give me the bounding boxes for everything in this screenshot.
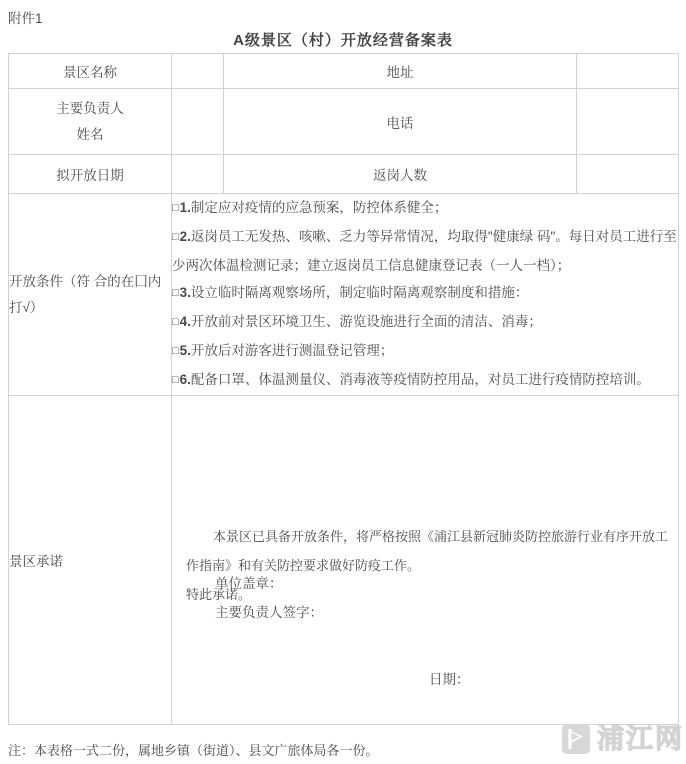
condition-text: 制定应对疫情的应急预案，防控体系健全； [191, 200, 448, 215]
table-row: 景区承诺 本景区已具备开放条件，将严格按照《浦江县新冠肺炎防控旅游行业有序开放工… [9, 396, 679, 725]
returning-staff-value-cell [577, 155, 679, 194]
condition-number: 4. [180, 314, 191, 329]
phone-value-cell [577, 89, 679, 155]
condition-number: 1. [180, 200, 191, 215]
condition-item-5: □5.开放后对游客进行测温登记管理； [172, 337, 678, 366]
condition-item-2: □2.返岗员工无发热、咳嗽、乏力等异常情况，均取得"健康绿 码"。每日对员工进行… [172, 223, 678, 279]
checkbox-icon: □ [172, 345, 179, 357]
page-title: A级景区（村）开放经营备案表 [0, 29, 686, 50]
manager-name-label: 主要负责人 姓名 [9, 89, 172, 155]
conditions-label: 开放条件（符 合的在囗内 打√） [9, 194, 172, 396]
condition-number: 2. [180, 229, 191, 244]
filing-form-table: 景区名称 地址 主要负责人 姓名 电话 拟开放日期 返岗人数 开放条件（符 合的… [8, 53, 679, 725]
table-row: 开放条件（符 合的在囗内 打√） □1.制定应对疫情的应急预案，防控体系健全； … [9, 194, 679, 396]
checkbox-icon: □ [172, 287, 179, 299]
manager-signature-label: 主要负责人签字： [215, 601, 323, 621]
checkbox-icon: □ [172, 374, 179, 386]
condition-item-3: □3.设立临时隔离观察场所，制定临时隔离观察制度和措施： [172, 279, 678, 308]
scenic-name-value-cell [172, 54, 224, 89]
table-row: 拟开放日期 返岗人数 [9, 155, 679, 194]
attachment-label: 附件1 [8, 7, 43, 27]
unit-seal-label: 单位盖章： [215, 572, 283, 592]
returning-staff-label: 返岗人数 [224, 155, 577, 194]
condition-item-4: □4.开放前对景区环境卫生、游览设施进行全面的清洁、消毒； [172, 308, 678, 337]
conditions-label-line2: 打√） [9, 295, 171, 321]
condition-text: 开放后对游客进行测温登记管理； [191, 343, 394, 358]
footnote: 注：本表格一式二份，属地乡镇（街道）、县文广旅体局各一份。 [8, 740, 379, 759]
checkbox-icon: □ [172, 231, 179, 243]
condition-item-1: □1.制定应对疫情的应急预案，防控体系健全； [172, 194, 678, 223]
commitment-cell: 本景区已具备开放条件，将严格按照《浦江县新冠肺炎防控旅游行业有序开放工作指南》和… [172, 396, 679, 725]
conditions-list-cell: □1.制定应对疫情的应急预案，防控体系健全； □2.返岗员工无发热、咳嗽、乏力等… [172, 194, 679, 396]
phone-label: 电话 [224, 89, 577, 155]
checkbox-icon: □ [172, 202, 179, 214]
table-row: 主要负责人 姓名 电话 [9, 89, 679, 155]
pujiang-net-logo-icon [562, 724, 590, 754]
table-row: 景区名称 地址 [9, 54, 679, 89]
condition-number: 3. [180, 285, 191, 300]
condition-item-6: □6.配备口罩、体温测量仪、消毒液等疫情防控用品，对员工进行疫情防控培训。 [172, 366, 678, 395]
opening-date-value-cell [172, 155, 224, 194]
condition-text: 开放前对景区环境卫生、游览设施进行全面的清洁、消毒； [191, 314, 542, 329]
opening-date-label: 拟开放日期 [9, 155, 172, 194]
manager-name-label-line1: 主要负责人 [9, 96, 171, 122]
condition-number: 5. [180, 343, 191, 358]
conditions-label-line1: 开放条件（符 合的在囗内 [9, 269, 171, 295]
date-label: 日期： [429, 668, 470, 688]
manager-name-label-line2: 姓名 [9, 122, 171, 148]
manager-name-value-cell [172, 89, 224, 155]
condition-text: 设立临时隔离观察场所，制定临时隔离观察制度和措施： [191, 285, 529, 300]
condition-text: 配备口罩、体温测量仪、消毒液等疫情防控用品，对员工进行疫情防控培训。 [191, 372, 650, 387]
scenic-name-label: 景区名称 [9, 54, 172, 89]
watermark: 浦江网 [562, 723, 684, 755]
watermark-site-name: 浦江网 [597, 723, 684, 755]
condition-text: 返岗员工无发热、咳嗽、乏力等异常情况，均取得"健康绿 码"。每日对员工进行至少两… [172, 229, 677, 273]
checkbox-icon: □ [172, 316, 179, 328]
condition-number: 6. [180, 372, 191, 387]
address-label: 地址 [224, 54, 577, 89]
commitment-label: 景区承诺 [9, 396, 172, 725]
address-value-cell [577, 54, 679, 89]
